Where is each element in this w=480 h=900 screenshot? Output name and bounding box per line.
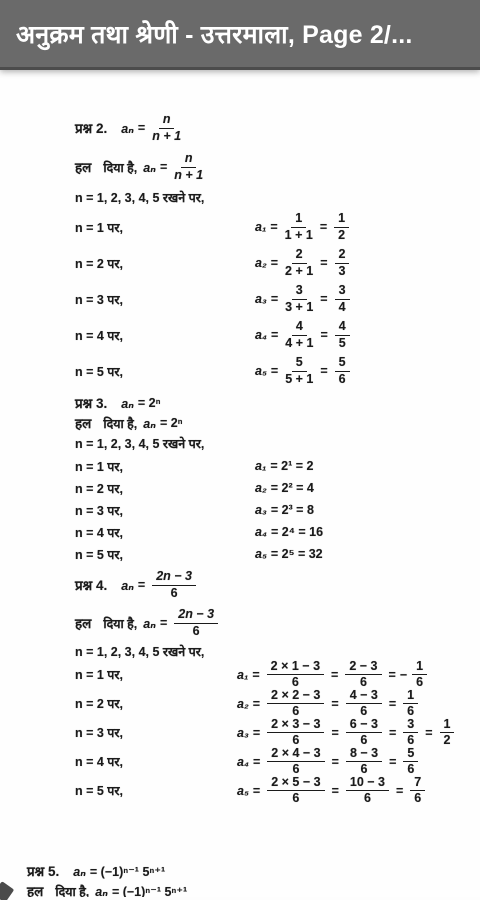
term-symbol: a₅: [237, 784, 249, 798]
case-label: n = 5 पर,: [75, 782, 237, 799]
fraction: 23: [335, 248, 350, 278]
solution-row: n = 2 पर, a₂ = 2² = 4: [0, 477, 480, 499]
question-heading: प्रश्न 5. aₙ = (−1)ⁿ⁻¹ 5ⁿ⁺¹: [27, 863, 480, 879]
equation-text: = 2¹ = 2: [270, 459, 313, 473]
question-4-block: प्रश्न 4. aₙ = 2n − 3 6 हल दिया है, aₙ =…: [0, 567, 480, 805]
fraction: 11 + 1: [285, 212, 313, 242]
equals-sign: =: [252, 668, 259, 682]
fraction: 33 + 1: [285, 284, 313, 314]
term-symbol: a₂: [255, 256, 267, 270]
solution-line: हल दिया है, aₙ = n n + 1: [75, 149, 480, 185]
equation-text: = 2² = 4: [271, 481, 314, 495]
term-symbol: aₙ: [95, 884, 108, 898]
equals-sign: =: [389, 755, 396, 769]
solution-label: हल: [75, 414, 91, 432]
case-label: n = 5 पर,: [75, 546, 255, 563]
fraction: 76: [410, 776, 425, 806]
question-2-block: प्रश्न 2. aₙ = n n + 1 हल दिया है, aₙ = …: [0, 110, 480, 389]
solution-row: n = 1 पर, a₁ = 2 × 1 − 36 = 2 − 36 = − 1…: [0, 660, 480, 689]
equals-sign: =: [389, 668, 396, 682]
term-symbol: a₃: [255, 292, 267, 306]
solution-row: n = 2 पर, a₂ = 2 × 2 − 36 = 4 − 36 = 16: [0, 689, 480, 718]
question-heading: प्रश्न 2. aₙ = n n + 1: [75, 110, 480, 146]
given-text: दिया है,: [103, 415, 137, 432]
fraction: 2 × 5 − 36: [267, 776, 324, 806]
question-5-block: प्रश्न 5. aₙ = (−1)ⁿ⁻¹ 5ⁿ⁺¹ हल दिया है, …: [0, 863, 480, 897]
document-page[interactable]: प्रश्न 2. aₙ = n n + 1 हल दिया है, aₙ = …: [0, 70, 480, 897]
equals-sign: =: [331, 697, 338, 711]
term-symbol: a₄: [255, 328, 267, 342]
solution-row: n = 4 पर, a₄ = 2⁴ = 16: [0, 521, 480, 543]
equals-sign: =: [253, 697, 260, 711]
question-heading: प्रश्न 3. aₙ = 2ⁿ: [75, 395, 480, 411]
equals-sign: =: [332, 784, 339, 798]
equation-text: = 2⁵ = 32: [271, 547, 323, 561]
case-label: n = 4 पर,: [75, 327, 255, 344]
solution-label: हल: [75, 158, 91, 176]
equation: a₁ = 11 + 1 = 12: [255, 212, 352, 242]
case-label: n = 5 पर,: [75, 363, 255, 380]
solution-line: हल दिया है, aₙ = 2ⁿ: [75, 415, 480, 431]
solution-row: n = 4 पर, a₄ = 2 × 4 − 36 = 8 − 36 = 56: [0, 747, 480, 776]
solution-row: n = 5 पर, a₅ = 2⁵ = 32: [0, 543, 480, 565]
equals-sign: =: [270, 220, 277, 234]
case-label: n = 2 पर,: [75, 255, 255, 272]
solution-label: हल: [75, 614, 91, 632]
formula-text: = (−1)ⁿ⁻¹ 5ⁿ⁺¹: [112, 884, 187, 898]
equals-sign: =: [138, 121, 145, 135]
fraction: 55 + 1: [285, 356, 313, 386]
fraction: 44 + 1: [285, 320, 313, 350]
solution-row: n = 2 पर, a₂ = 22 + 1 = 23: [0, 245, 480, 281]
fraction: 2n − 3 6: [152, 570, 196, 600]
solution-row: n = 3 पर, a₃ = 2³ = 8: [0, 499, 480, 521]
app-header: अनुक्रम तथा श्रेणी - उत्तरमाला, Page 2/.…: [0, 0, 480, 70]
fraction: 16: [403, 689, 418, 719]
equals-sign: =: [271, 364, 278, 378]
equals-sign: =: [396, 784, 403, 798]
equals-sign: =: [160, 160, 167, 174]
term-symbol: a₄: [255, 525, 267, 539]
term-symbol: aₙ: [121, 396, 134, 411]
equals-sign: =: [320, 292, 327, 306]
minus-sign: −: [400, 668, 407, 682]
equation: a₅ = 2 × 5 − 36 = 10 − 36 = 76: [237, 776, 428, 806]
solution-row: n = 5 पर, a₅ = 2 × 5 − 36 = 10 − 36 = 76: [0, 776, 480, 805]
fraction: 2n − 3 6: [174, 608, 218, 638]
term-symbol: a₂: [237, 697, 249, 711]
fraction: n n + 1: [152, 113, 181, 143]
equation: a₂ = 2 × 2 − 36 = 4 − 36 = 16: [237, 689, 421, 719]
case-label: n = 3 पर,: [75, 724, 237, 741]
formula-text: = (−1)ⁿ⁻¹ 5ⁿ⁺¹: [90, 864, 165, 879]
equals-sign: =: [389, 726, 396, 740]
fraction: 45: [335, 320, 350, 350]
question-number: प्रश्न 5.: [27, 862, 59, 880]
solution-label: हल: [27, 882, 43, 897]
equals-sign: =: [320, 256, 327, 270]
equation: a₃ = 33 + 1 = 34: [255, 284, 353, 314]
fraction: 56: [403, 747, 418, 777]
term-symbol: a₃: [237, 726, 249, 740]
term-symbol: a₁: [255, 459, 266, 473]
equals-sign: =: [253, 755, 260, 769]
fraction: 10 − 36: [346, 776, 389, 806]
question-3-block: प्रश्न 3. aₙ = 2ⁿ हल दिया है, aₙ = 2ⁿ n …: [0, 395, 480, 565]
given-text: दिया है,: [103, 615, 137, 632]
equation-text: = 2⁴ = 16: [271, 525, 323, 539]
solution-row: n = 1 पर, a₁ = 11 + 1 = 12: [0, 209, 480, 245]
equation: a₄ = 44 + 1 = 45: [255, 320, 353, 350]
equals-sign: =: [332, 755, 339, 769]
solution-row: n = 3 पर, a₃ = 2 × 3 − 36 = 6 − 36 = 36 …: [0, 718, 480, 747]
fraction: 36: [403, 718, 418, 748]
formula-text: = 2ⁿ: [138, 396, 161, 410]
equals-sign: =: [253, 726, 260, 740]
fraction: 2 × 4 − 36: [267, 747, 324, 777]
formula-text: = 2ⁿ: [160, 416, 183, 430]
fraction: 2 × 2 − 36: [267, 689, 324, 719]
equals-sign: =: [138, 578, 145, 592]
fraction: n n + 1: [174, 152, 203, 182]
substitution-line: n = 1, 2, 3, 4, 5 रखने पर,: [75, 435, 480, 450]
solution-row: n = 1 पर, a₁ = 2¹ = 2: [0, 455, 480, 477]
equation: a₄ = 2⁴ = 16: [255, 525, 327, 539]
equals-sign: =: [389, 697, 396, 711]
term-symbol: a₄: [237, 755, 249, 769]
fraction: 2 × 3 − 36: [267, 718, 324, 748]
fraction: 12: [334, 212, 349, 242]
app-window: अनुक्रम तथा श्रेणी - उत्तरमाला, Page 2/.…: [0, 0, 480, 900]
term-symbol: aₙ: [143, 616, 156, 631]
solution-line: हल दिया है, aₙ = (−1)ⁿ⁻¹ 5ⁿ⁺¹: [27, 883, 480, 897]
equation: a₁ = 2¹ = 2: [255, 459, 317, 473]
question-number: प्रश्न 2.: [75, 119, 107, 137]
equation: a₅ = 55 + 1 = 56: [255, 356, 353, 386]
equation: a₁ = 2 × 1 − 36 = 2 − 36 = − 16: [237, 660, 430, 690]
term-symbol: a₁: [255, 220, 266, 234]
fraction: 6 − 36: [346, 718, 382, 748]
equals-sign: =: [320, 220, 327, 234]
equation: a₃ = 2³ = 8: [255, 503, 318, 517]
fraction: 22 + 1: [285, 248, 313, 278]
equals-sign: =: [271, 292, 278, 306]
given-text: दिया है,: [55, 883, 89, 898]
case-label: n = 1 पर,: [75, 458, 255, 475]
fraction: 4 − 36: [346, 689, 382, 719]
case-label: n = 3 पर,: [75, 502, 255, 519]
fraction: 16: [412, 660, 427, 690]
fraction: 34: [335, 284, 350, 314]
term-symbol: aₙ: [143, 160, 156, 175]
case-label: n = 1 पर,: [75, 666, 237, 683]
solution-line: हल दिया है, aₙ = 2n − 3 6: [75, 605, 480, 641]
equation: a₅ = 2⁵ = 32: [255, 547, 327, 561]
term-symbol: a₅: [255, 364, 267, 378]
equation: a₂ = 2² = 4: [255, 481, 318, 495]
page-title: अनुक्रम तथा श्रेणी - उत्तरमाला, Page 2/.…: [16, 17, 413, 51]
term-symbol: aₙ: [121, 578, 134, 593]
question-number: प्रश्न 4.: [75, 576, 107, 594]
equals-sign: =: [160, 616, 167, 630]
equals-sign: =: [271, 256, 278, 270]
equals-sign: =: [320, 364, 327, 378]
term-symbol: a₂: [255, 481, 267, 495]
equation: a₃ = 2 × 3 − 36 = 6 − 36 = 36 = 12: [237, 718, 457, 748]
equals-sign: =: [271, 328, 278, 342]
fraction: 2 − 36: [345, 660, 381, 690]
fraction: 2 × 1 − 36: [267, 660, 324, 690]
term-symbol: aₙ: [73, 864, 86, 879]
solution-row: n = 4 पर, a₄ = 44 + 1 = 45: [0, 317, 480, 353]
equals-sign: =: [425, 726, 432, 740]
question-number: प्रश्न 3.: [75, 394, 107, 412]
term-symbol: a₃: [255, 503, 267, 517]
question-heading: प्रश्न 4. aₙ = 2n − 3 6: [75, 567, 480, 603]
case-label: n = 3 पर,: [75, 291, 255, 308]
fraction: 12: [440, 718, 455, 748]
equals-sign: =: [320, 328, 327, 342]
case-label: n = 1 पर,: [75, 219, 255, 236]
equation: a₄ = 2 × 4 − 36 = 8 − 36 = 56: [237, 747, 421, 777]
case-label: n = 4 पर,: [75, 524, 255, 541]
equals-sign: =: [253, 784, 260, 798]
substitution-line: n = 1, 2, 3, 4, 5 रखने पर,: [75, 643, 480, 658]
case-label: n = 2 पर,: [75, 480, 255, 497]
fraction: 8 − 36: [346, 747, 382, 777]
term-symbol: aₙ: [121, 121, 134, 136]
equals-sign: =: [331, 668, 338, 682]
equation: a₂ = 22 + 1 = 23: [255, 248, 352, 278]
case-label: n = 2 पर,: [75, 695, 237, 712]
equation-text: = 2³ = 8: [271, 503, 314, 517]
substitution-line: n = 1, 2, 3, 4, 5 रखने पर,: [75, 189, 480, 204]
solution-row: n = 5 पर, a₅ = 55 + 1 = 56: [0, 353, 480, 389]
term-symbol: a₅: [255, 547, 267, 561]
term-symbol: a₁: [237, 668, 248, 682]
solution-row: n = 3 पर, a₃ = 33 + 1 = 34: [0, 281, 480, 317]
term-symbol: aₙ: [143, 416, 156, 431]
fraction: 56: [335, 356, 350, 386]
case-label: n = 4 पर,: [75, 753, 237, 770]
equals-sign: =: [331, 726, 338, 740]
given-text: दिया है,: [103, 159, 137, 176]
